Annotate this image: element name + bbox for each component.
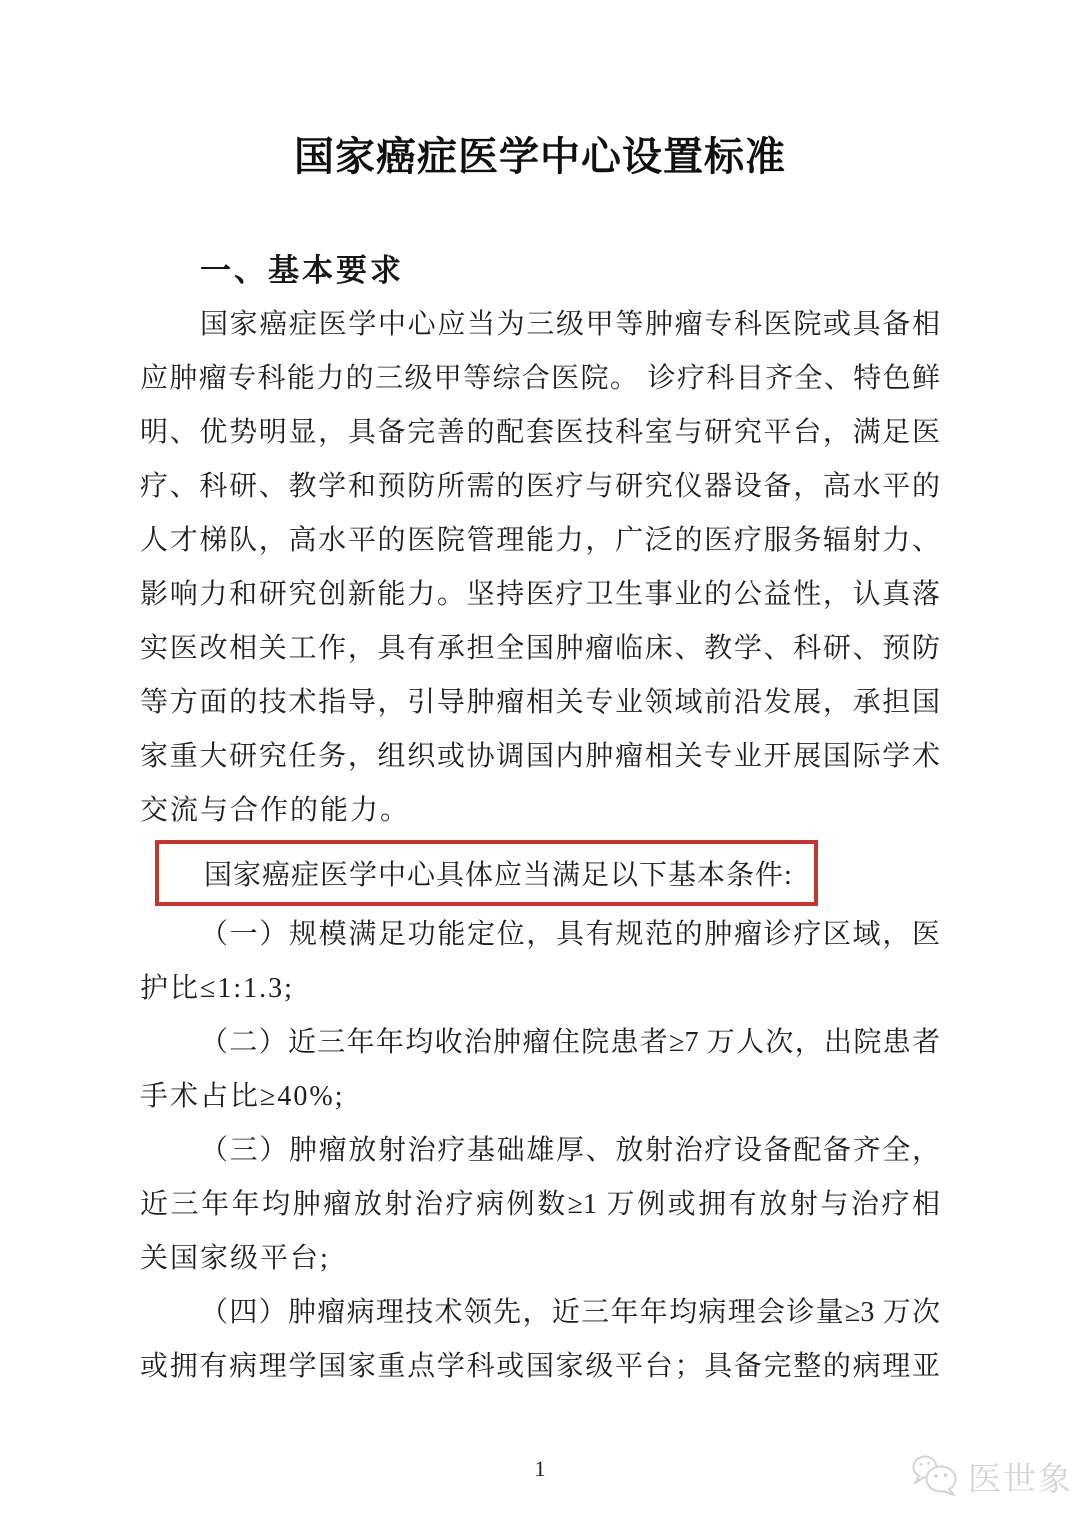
text-line: 近三年年均肿瘤放射治疗病例数≥1 万例或拥有放射与治疗相 [140, 1178, 940, 1232]
text-line: 人才梯队，高水平的医院管理能力，广泛的医疗服务辐射力、 [140, 514, 940, 568]
document-title: 国家癌症医学中心设置标准 [0, 0, 1080, 188]
text-line: 家重大研究任务，组织或协调国内肿瘤相关专业开展国际学术 [140, 730, 940, 784]
text-line: （四）肿瘤病理技术领先，近三年年均病理会诊量≥3 万次 [140, 1286, 940, 1340]
document-page: 国家癌症医学中心设置标准 一、基本要求 国家癌症医学中心应当为三级甲等肿瘤专科医… [0, 0, 1080, 1526]
text-line: 实医改相关工作，具有承担全国肿瘤临床、教学、科研、预防 [140, 622, 940, 676]
text-line: （三）肿瘤放射治疗基础雄厚、放射治疗设备配备齐全， [140, 1124, 940, 1178]
text-line: 明、优势明显，具备完善的配套医技科室与研究平台，满足医 [140, 406, 940, 460]
highlighted-line: 国家癌症医学中心具体应当满足以下基本条件: [204, 853, 793, 893]
text-line: 等方面的技术指导，引导肿瘤相关专业领域前沿发展，承担国 [140, 676, 940, 730]
conditions-paragraph: （一）规模满足功能定位，具有规范的肿瘤诊疗区域，医护比≤1:1.3;（二）近三年… [140, 908, 940, 1394]
text-line: （二）近三年年均收治肿瘤住院患者≥7 万人次，出院患者 [140, 1016, 940, 1070]
wechat-icon [910, 1452, 962, 1500]
text-line: 交流与合作的能力。 [140, 784, 940, 838]
section-heading: 一、基本要求 [140, 244, 940, 298]
text-line: （一）规模满足功能定位，具有规范的肿瘤诊疗区域，医 [140, 908, 940, 962]
text-line: 疗、科研、教学和预防所需的医疗与研究仪器设备，高水平的 [140, 460, 940, 514]
text-line: 应肿瘤专科能力的三级甲等综合医院。 诊疗科目齐全、特色鲜 [140, 352, 940, 406]
text-line: 关国家级平台; [140, 1232, 940, 1286]
text-line: 手术占比≥40%; [140, 1070, 940, 1124]
text-line: 影响力和研究创新能力。坚持医疗卫生事业的公益性，认真落 [140, 568, 940, 622]
watermark-label: 医世象 [968, 1453, 1073, 1500]
text-line: 国家癌症医学中心应当为三级甲等肿瘤专科医院或具备相 [140, 298, 940, 352]
document-body: 一、基本要求 国家癌症医学中心应当为三级甲等肿瘤专科医院或具备相应肿瘤专科能力的… [140, 244, 940, 1394]
text-line: 或拥有病理学国家重点学科或国家级平台；具备完整的病理亚 [140, 1340, 940, 1394]
watermark: 医世象 [910, 1452, 1073, 1500]
text-line: 护比≤1:1.3; [140, 962, 940, 1016]
intro-paragraph: 国家癌症医学中心应当为三级甲等肿瘤专科医院或具备相应肿瘤专科能力的三级甲等综合医… [140, 298, 940, 838]
highlight-box: 国家癌症医学中心具体应当满足以下基本条件: [155, 840, 818, 906]
